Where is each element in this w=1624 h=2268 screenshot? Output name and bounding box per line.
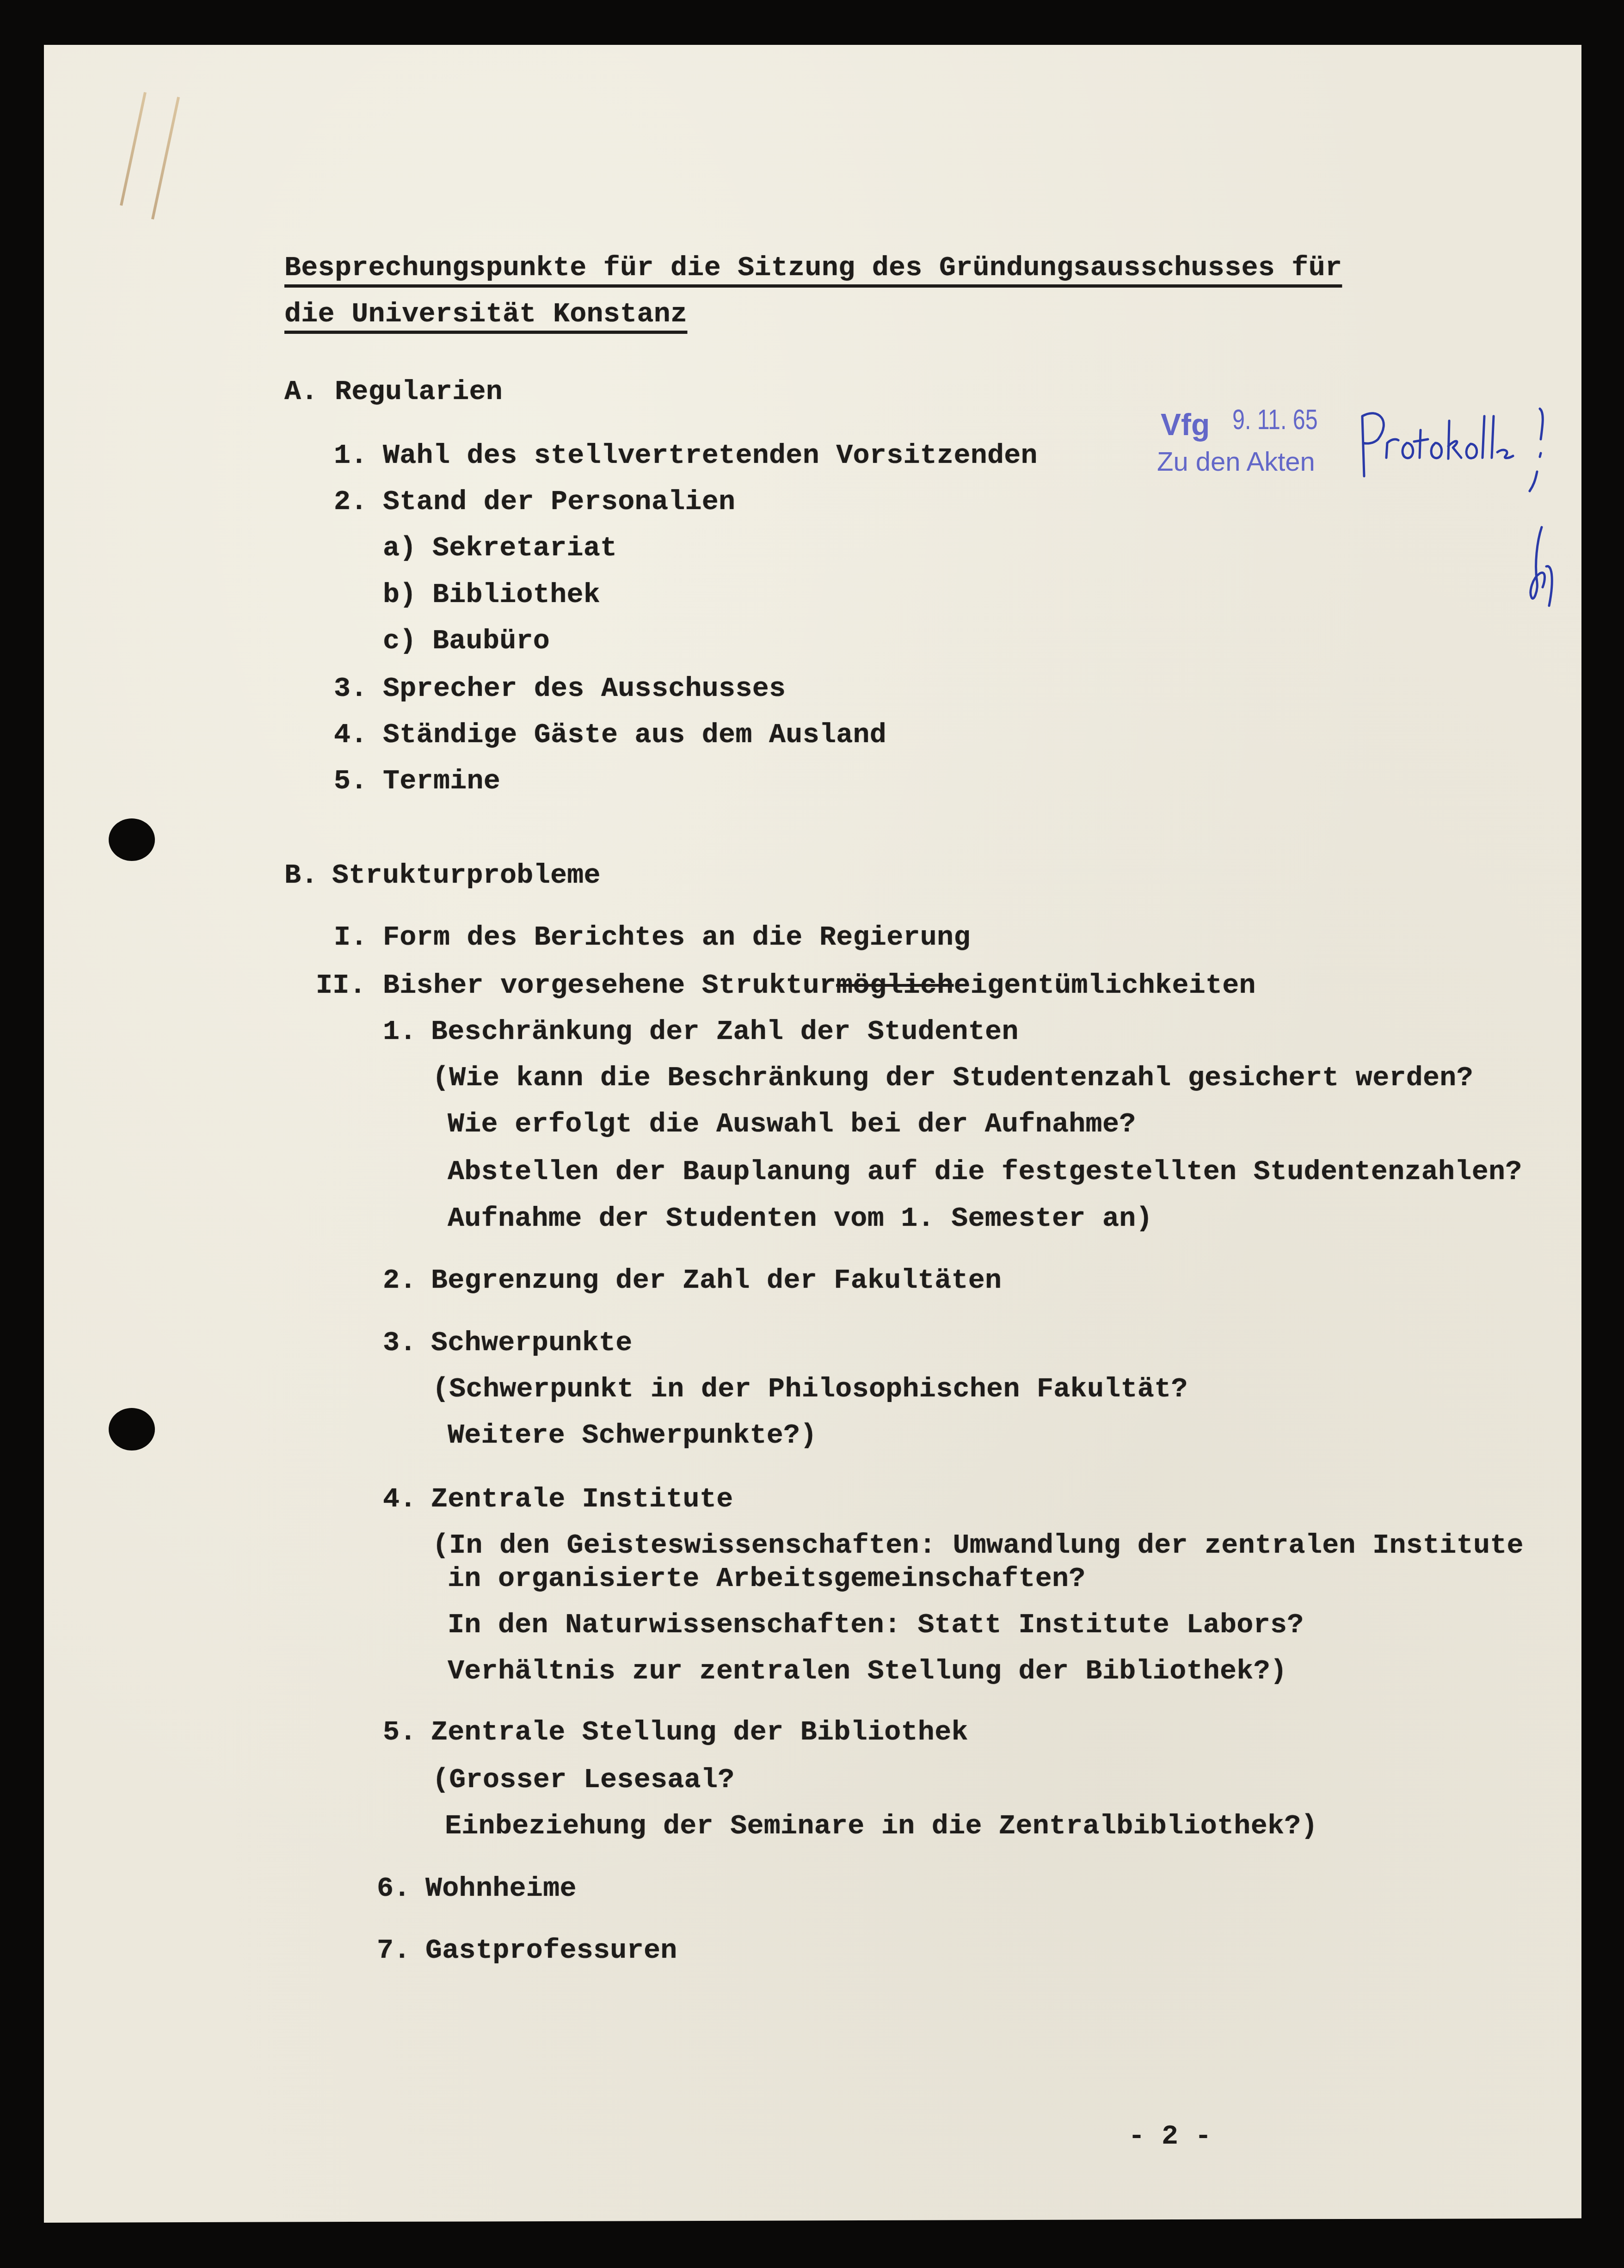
stamp-date: 9. 11. 65 — [1232, 403, 1318, 436]
list-item-number: 4. — [334, 721, 368, 749]
sub-item-letter: b) — [383, 581, 417, 609]
staple-mark — [151, 97, 180, 219]
page-number: - 2 - — [1128, 2121, 1212, 2152]
part-text-after: eigentümlichkeiten — [953, 970, 1256, 1002]
sub-item-letter: c) — [383, 627, 417, 655]
note-line: Aufnahme der Studenten vom 1. Semester a… — [448, 1205, 1153, 1233]
roman-numeral: I. — [334, 924, 368, 952]
sub-item-letter: a) — [383, 535, 417, 562]
section-a-label: A. — [284, 378, 318, 406]
stamp-code: Vfg — [1161, 407, 1210, 442]
punch-hole — [109, 818, 155, 861]
list-item-text: Termine — [383, 768, 500, 795]
list-item-number: 1. — [383, 1018, 417, 1046]
sub-item-text: Sekretariat — [432, 535, 617, 562]
section-a-heading: Regularien — [335, 378, 503, 406]
list-item-text: Begrenzung der Zahl der Fakultäten — [431, 1267, 1002, 1295]
section-b-heading: Strukturprobleme — [332, 862, 601, 890]
part-text: Bisher vorgesehene Strukturmöglicheigent… — [383, 972, 1256, 1000]
note-line: (Grosser Lesesaal? — [432, 1766, 735, 1794]
note-line: Weitere Schwerpunkte?) — [448, 1422, 817, 1450]
note-line: in organisierte Arbeitsgemeinschaften? — [448, 1565, 1086, 1593]
list-item-text: Stand der Personalien — [383, 488, 735, 516]
list-item-text: Wahl des stellvertretenden Vorsitzenden — [383, 442, 1038, 470]
list-item-number: 4. — [383, 1486, 417, 1513]
part-text: Form des Berichtes an die Regierung — [383, 924, 971, 952]
list-item-text: Wohnheime — [425, 1875, 577, 1903]
section-b-label: B. — [284, 862, 318, 890]
list-item-number: 3. — [383, 1329, 417, 1357]
stamp-text: Zu den Akten — [1157, 446, 1315, 477]
note-line: (Wie kann die Beschränkung der Studenten… — [432, 1064, 1473, 1092]
list-item-number: 2. — [383, 1267, 417, 1295]
list-item-text: Gastprofessuren — [425, 1937, 677, 1965]
document-title-line-2: die Universität Konstanz — [284, 301, 687, 328]
staple-mark — [120, 92, 147, 206]
list-item-text: Beschränkung der Zahl der Studenten — [431, 1018, 1019, 1046]
note-line: (Schwerpunkt in der Philosophischen Faku… — [432, 1376, 1188, 1403]
list-item-text: Zentrale Stellung der Bibliothek — [431, 1719, 968, 1746]
list-item-text: Ständige Gäste aus dem Ausland — [383, 721, 886, 749]
handwritten-note-protokolle — [1350, 388, 1563, 610]
list-item-number: 1. — [334, 442, 368, 470]
part-text-before: Bisher vorgesehene Struktur — [383, 970, 836, 1002]
list-item-number: 2. — [334, 488, 368, 516]
list-item-number: 3. — [334, 675, 368, 703]
sub-item-text: Bibliothek — [432, 581, 600, 609]
punch-hole — [109, 1408, 155, 1451]
list-item-number: 5. — [334, 768, 368, 795]
note-line: Einbeziehung der Seminare in die Zentral… — [445, 1813, 1318, 1840]
list-item-number: 5. — [383, 1719, 417, 1746]
note-line: Wie erfolgt die Auswahl bei der Aufnahme… — [448, 1111, 1136, 1138]
list-item-text: Zentrale Institute — [431, 1486, 733, 1513]
document-title-line-1: Besprechungspunkte für die Sitzung des G… — [284, 254, 1342, 282]
list-item-number: 6. — [377, 1875, 411, 1903]
note-line: Verhältnis zur zentralen Stellung der Bi… — [448, 1658, 1287, 1685]
struck-through-text: möglich — [836, 970, 953, 1002]
sub-item-text: Baubüro — [432, 627, 550, 655]
note-line: Abstellen der Bauplanung auf die festges… — [448, 1158, 1522, 1186]
list-item-number: 7. — [377, 1937, 411, 1965]
note-line: In den Naturwissenschaften: Statt Instit… — [448, 1611, 1304, 1639]
list-item-text: Schwerpunkte — [431, 1329, 633, 1357]
list-item-text: Sprecher des Ausschusses — [383, 675, 786, 703]
roman-numeral: II. — [316, 972, 366, 1000]
note-line: (In den Geisteswissenschaften: Umwandlun… — [432, 1532, 1524, 1560]
